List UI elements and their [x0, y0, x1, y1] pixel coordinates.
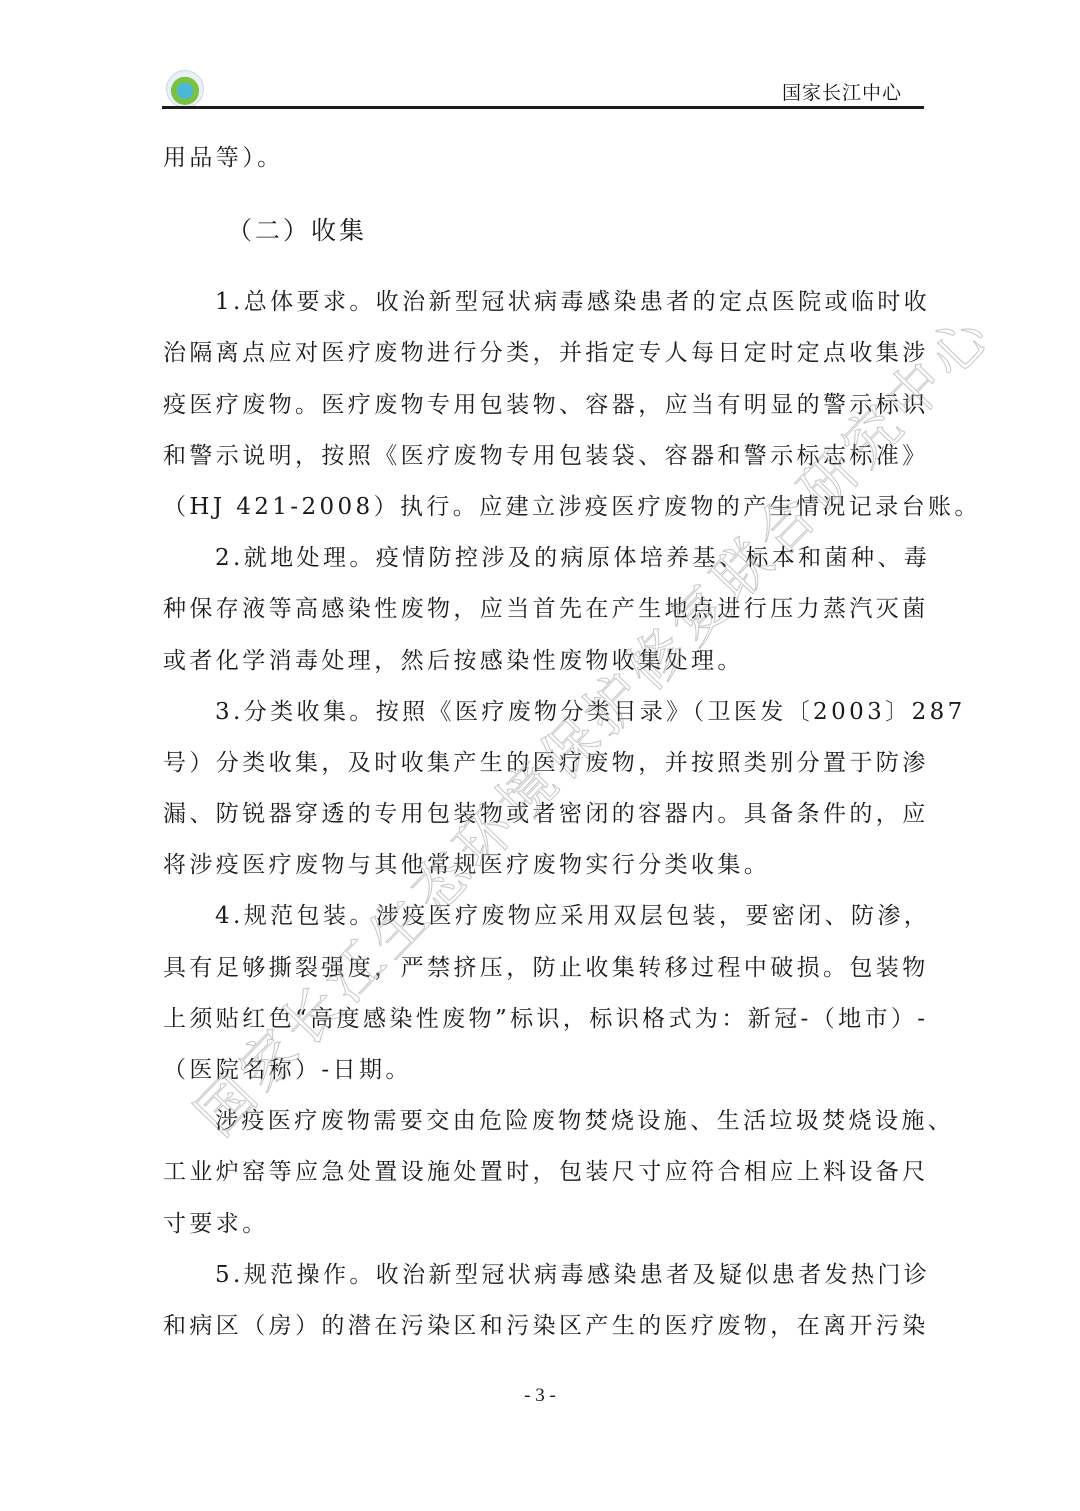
paragraph-line: 5.规范操作。收治新型冠状病毒感染患者及疑似患者发热门诊 — [163, 1250, 903, 1301]
paragraph-line: 工业炉窑等应急处置设施处置时，包装尺寸应符合相应上料设备尺 — [163, 1147, 903, 1198]
organization-logo-icon — [166, 70, 204, 108]
paragraph-disposal-packaging-size: 涉疫医疗废物需要交由危险废物焚烧设施、生活垃圾焚烧设施、 工业炉窑等应急处置设施… — [163, 1096, 903, 1250]
page-header: 国家长江中心 — [162, 70, 924, 106]
paragraph-line: 寸要求。 — [163, 1199, 903, 1250]
paragraph-classified-collection: 3.分类收集。按照《医疗废物分类目录》（卫医发〔2003〕287 号）分类收集，… — [163, 687, 903, 892]
paragraph-line: 种保存液等高感染性废物，应当首先在产生地点进行压力蒸汽灭菌 — [163, 584, 903, 635]
paragraph-line: 或者化学消毒处理，然后按感染性废物收集处理。 — [163, 636, 903, 687]
paragraph-line: 1.总体要求。收治新型冠状病毒感染患者的定点医院或临时收 — [163, 277, 903, 328]
paragraph-line: 将涉疫医疗废物与其他常规医疗废物实行分类收集。 — [163, 840, 903, 891]
paragraph-line: （医院名称）-日期。 — [163, 1045, 903, 1096]
paragraph-line: 治隔离点应对医疗废物进行分类，并指定专人每日定时定点收集涉 — [163, 328, 903, 379]
paragraph-line: （HJ 421-2008）执行。应建立涉疫医疗废物的产生情况记录台账。 — [163, 482, 903, 533]
paragraph-line: 3.分类收集。按照《医疗废物分类目录》（卫医发〔2003〕287 — [163, 687, 903, 738]
paragraph-line: 漏、防锐器穿透的专用包装物或者密闭的容器内。具备条件的，应 — [163, 789, 903, 840]
paragraph-line: 上须贴红色“高度感染性废物”标识，标识格式为：新冠-（地市）- — [163, 994, 903, 1045]
document-body: 用品等）。 （二）收集 1.总体要求。收治新型冠状病毒感染患者的定点医院或临时收… — [163, 133, 903, 1352]
paragraph-line: 4.规范包装。涉疫医疗废物应采用双层包装，要密闭、防渗， — [163, 891, 903, 942]
page-number: - 3 - — [0, 1385, 1080, 1407]
continuation-line: 用品等）。 — [163, 133, 903, 184]
paragraph-line: 号）分类收集，及时收集产生的医疗废物，并按照类别分置于防渗 — [163, 738, 903, 789]
paragraph-general-requirements: 1.总体要求。收治新型冠状病毒感染患者的定点医院或临时收 治隔离点应对医疗废物进… — [163, 277, 903, 533]
paragraph-on-site-treatment: 2.就地处理。疫情防控涉及的病原体培养基、标本和菌种、毒 种保存液等高感染性废物… — [163, 533, 903, 687]
paragraph-standard-packaging: 4.规范包装。涉疫医疗废物应采用双层包装，要密闭、防渗， 具有足够撕裂强度，严禁… — [163, 891, 903, 1096]
header-divider — [162, 106, 924, 109]
header-title: 国家长江中心 — [782, 78, 902, 105]
paragraph-line: 涉疫医疗废物需要交由危险废物焚烧设施、生活垃圾焚烧设施、 — [163, 1096, 903, 1147]
paragraph-line: 2.就地处理。疫情防控涉及的病原体培养基、标本和菌种、毒 — [163, 533, 903, 584]
paragraph-line: 疫医疗废物。医疗废物专用包装物、容器，应当有明显的警示标识 — [163, 380, 903, 431]
paragraph-standard-operation: 5.规范操作。收治新型冠状病毒感染患者及疑似患者发热门诊 和病区（房）的潜在污染… — [163, 1250, 903, 1352]
paragraph-line: 和警示说明，按照《医疗废物专用包装袋、容器和警示标志标准》 — [163, 431, 903, 482]
document-page: 国家长江中心 用品等）。 （二）收集 1.总体要求。收治新型冠状病毒感染患者的定… — [0, 0, 1080, 1511]
paragraph-line: 具有足够撕裂强度，严禁挤压，防止收集转移过程中破损。包装物 — [163, 943, 903, 994]
section-heading: （二）收集 — [163, 205, 903, 256]
paragraph-line: 和病区（房）的潜在污染区和污染区产生的医疗废物，在离开污染 — [163, 1301, 903, 1352]
